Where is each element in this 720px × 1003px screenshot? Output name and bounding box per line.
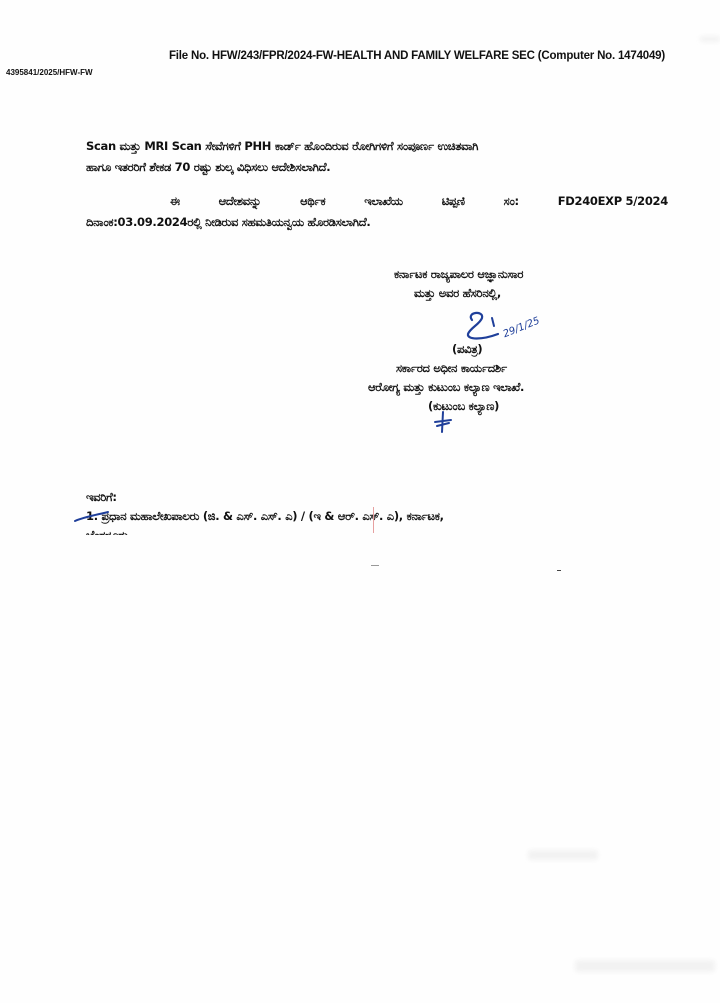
scan-artifact-line — [373, 507, 374, 533]
authority-line: ಕರ್ನಾಟಕ ರಾಜ್ಯಪಾಲರ ಆಜ್ಞಾನುಸಾರ — [380, 265, 660, 284]
scan-smudge — [528, 850, 598, 860]
copy-to-heading: ಇವರಿಗೆ: — [86, 488, 646, 507]
designation-line: ಸರ್ಕಾರದ ಅಧೀನ ಕಾರ್ಯದರ್ಶಿ — [380, 359, 660, 378]
word: ಆರ್ಥಿಕ — [300, 191, 325, 212]
pen-strike-icon — [74, 509, 110, 525]
word: ಟಿಪ್ಪಣಿ — [442, 191, 465, 212]
recipient-continuation: ಬೆಂಗಳೂರು — [86, 526, 646, 535]
scan-speck — [557, 570, 561, 571]
file-number-header: File No. HFW/243/FPR/2024-FW-HEALTH AND … — [90, 50, 665, 62]
scanned-document-page: File No. HFW/243/FPR/2024-FW-HEALTH AND … — [0, 0, 720, 1003]
recipient-item: 1. ಪ್ರಧಾನ ಮಹಾಲೇಖಪಾಲರು (ಜಿ. & ಎಸ್. ಎಸ್. ಎ… — [86, 507, 646, 526]
division-line: (ಕುಟುಂಬ ಕಲ್ಯಾಣ) — [380, 397, 660, 416]
paragraph-line: Scan ಮತ್ತು MRI Scan ಸೇವೆಗಳಿಗೆ PHH ಕಾರ್ಡ್… — [86, 136, 668, 157]
signatory-name: (ಪವಿತ್ರ) — [380, 340, 660, 359]
scan-smudge — [575, 960, 715, 972]
order-paragraph-2: ಈ ಆದೇಶವನ್ನು ಆರ್ಥಿಕ ಇಲಾಖೆಯ ಟಿಪ್ಪಣಿ ಸಂ: FD… — [86, 191, 668, 233]
word: ಇಲಾಖೆಯ — [364, 191, 403, 212]
scan-smudge — [700, 36, 720, 42]
paragraph-line: ದಿನಾಂಕ:03.09.2024ರಲ್ಲಿ ನೀಡಿರುವ ಸಹಮತಿಯನ್ವ… — [86, 212, 668, 233]
authority-line: ಮತ್ತು ಅವರ ಹೆಸರಿನಲ್ಲಿ, — [380, 284, 660, 303]
copy-to-section: ಇವರಿಗೆ: 1. ಪ್ರಧಾನ ಮಹಾಲೇಖಪಾಲರು (ಜಿ. & ಎಸ್… — [86, 488, 646, 535]
word: ಆದೇಶವನ್ನು — [219, 191, 262, 212]
order-paragraph-1: Scan ಮತ್ತು MRI Scan ಸೇವೆಗಳಿಗೆ PHH ಕಾರ್ಡ್… — [86, 136, 668, 178]
authority-statement: ಕರ್ನಾಟಕ ರಾಜ್ಯಪಾಲರ ಆಜ್ಞಾನುಸಾರ ಮತ್ತು ಅವರ ಹ… — [380, 265, 660, 303]
finance-note-number: FD240EXP 5/2024 — [558, 191, 668, 212]
department-line: ಆರೋಗ್ಯ ಮತ್ತು ಕುಟುಂಬ ಕಲ್ಯಾಣ ಇಲಾಖೆ. — [368, 378, 660, 397]
pen-mark-icon — [432, 410, 454, 434]
word: ಈ — [170, 191, 180, 212]
signature-date: 29/1/25 — [502, 315, 542, 340]
designation-block: (ಪವಿತ್ರ) ಸರ್ಕಾರದ ಅಧೀನ ಕಾರ್ಯದರ್ಶಿ ಆರೋಗ್ಯ … — [380, 340, 660, 416]
paragraph-line: ಈ ಆದೇಶವನ್ನು ಆರ್ಥಿಕ ಇಲಾಖೆಯ ಟಿಪ್ಪಣಿ ಸಂ: FD… — [86, 191, 668, 212]
paragraph-line: ಹಾಗೂ ಇತರರಿಗೆ ಶೇಕಡ 70 ರಷ್ಟು ಶುಲ್ಕ ವಿಧಿಸಲು… — [86, 157, 668, 178]
scan-speck — [371, 565, 379, 566]
word: ಸಂ: — [504, 191, 519, 212]
file-reference-number: 4395841/2025/HFW-FW — [6, 68, 93, 77]
